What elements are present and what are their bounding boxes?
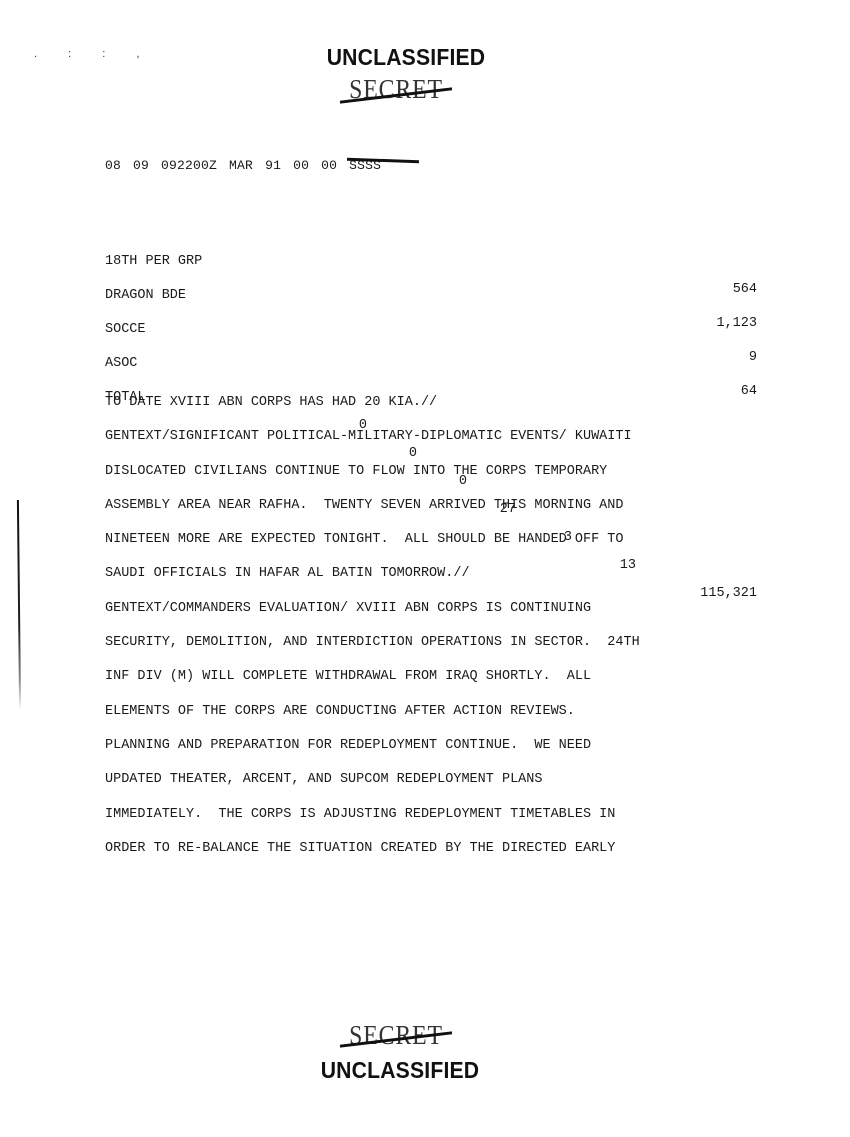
total-column-value: 0 — [427, 468, 467, 496]
dtg-field: 09 — [133, 158, 149, 173]
dtg-field: 08 — [105, 158, 121, 173]
total-column-value: 3 — [532, 524, 572, 552]
text-line: IMMEDIATELY. THE CORPS IS ADJUSTING REDE… — [105, 798, 785, 832]
total-column-value: 0 — [377, 440, 417, 468]
text-line: GENTEXT/SIGNIFICANT POLITICAL-MILITARY-D… — [105, 420, 785, 454]
text-line: INF DIV (M) WILL COMPLETE WITHDRAWAL FRO… — [105, 660, 785, 694]
message-text: TO DATE XVIII ABN CORPS HAS HAD 20 KIA./… — [105, 386, 785, 866]
dtg-field: 91 — [265, 158, 281, 173]
text-line: PLANNING AND PREPARATION FOR REDEPLOYMEN… — [105, 729, 785, 763]
dtg-field: 00 — [321, 158, 337, 173]
total-column-value: 27 — [476, 496, 516, 524]
struck-secret-footer: SECRET — [22, 1020, 770, 1051]
table-row: ASOC 64 — [105, 322, 785, 356]
total-label: TOTAL — [105, 384, 146, 412]
text-line: SAUDI OFFICIALS IN HAFAR AL BATIN TOMORR… — [105, 557, 785, 591]
table-row: 18TH PER GRP 564 — [105, 220, 785, 254]
struck-secret-header: SECRET — [22, 74, 770, 105]
dtg-field: MAR — [229, 158, 253, 173]
classification-header: UNCLASSIFIED — [15, 44, 797, 71]
classification-footer: UNCLASSIFIED — [9, 1057, 791, 1084]
grand-total: 115,321 — [700, 580, 757, 608]
margin-scan-line — [17, 500, 21, 710]
text-line: GENTEXT/COMMANDERS EVALUATION/ XVIII ABN… — [105, 592, 785, 626]
total-row: TOTAL 0 0 0 27 3 13 115,321 — [105, 356, 785, 390]
total-column-value: 13 — [596, 552, 636, 580]
text-line: NINETEEN MORE ARE EXPECTED TONIGHT. ALL … — [105, 523, 785, 557]
total-column-value: 0 — [327, 412, 367, 440]
document-body: 18TH PER GRP 564 DRAGON BDE 1,123 SOCCE … — [105, 220, 785, 866]
text-line: SECURITY, DEMOLITION, AND INTERDICTION O… — [105, 626, 785, 660]
text-line: UPDATED THEATER, ARCENT, AND SUPCOM REDE… — [105, 763, 785, 797]
dtg-field: 00 — [293, 158, 309, 173]
text-line: TO DATE XVIII ABN CORPS HAS HAD 20 KIA./… — [105, 386, 785, 420]
table-row: SOCCE 9 — [105, 288, 785, 322]
dtg-struck-field: SSSS — [349, 158, 381, 173]
text-line: ELEMENTS OF THE CORPS ARE CONDUCTING AFT… — [105, 695, 785, 729]
table-row: DRAGON BDE 1,123 — [105, 254, 785, 288]
date-time-group-line: 0809092200ZMAR910000SSSS — [105, 158, 381, 173]
text-line: ORDER TO RE-BALANCE THE SITUATION CREATE… — [105, 832, 785, 866]
dtg-field: 092200Z — [161, 158, 217, 173]
